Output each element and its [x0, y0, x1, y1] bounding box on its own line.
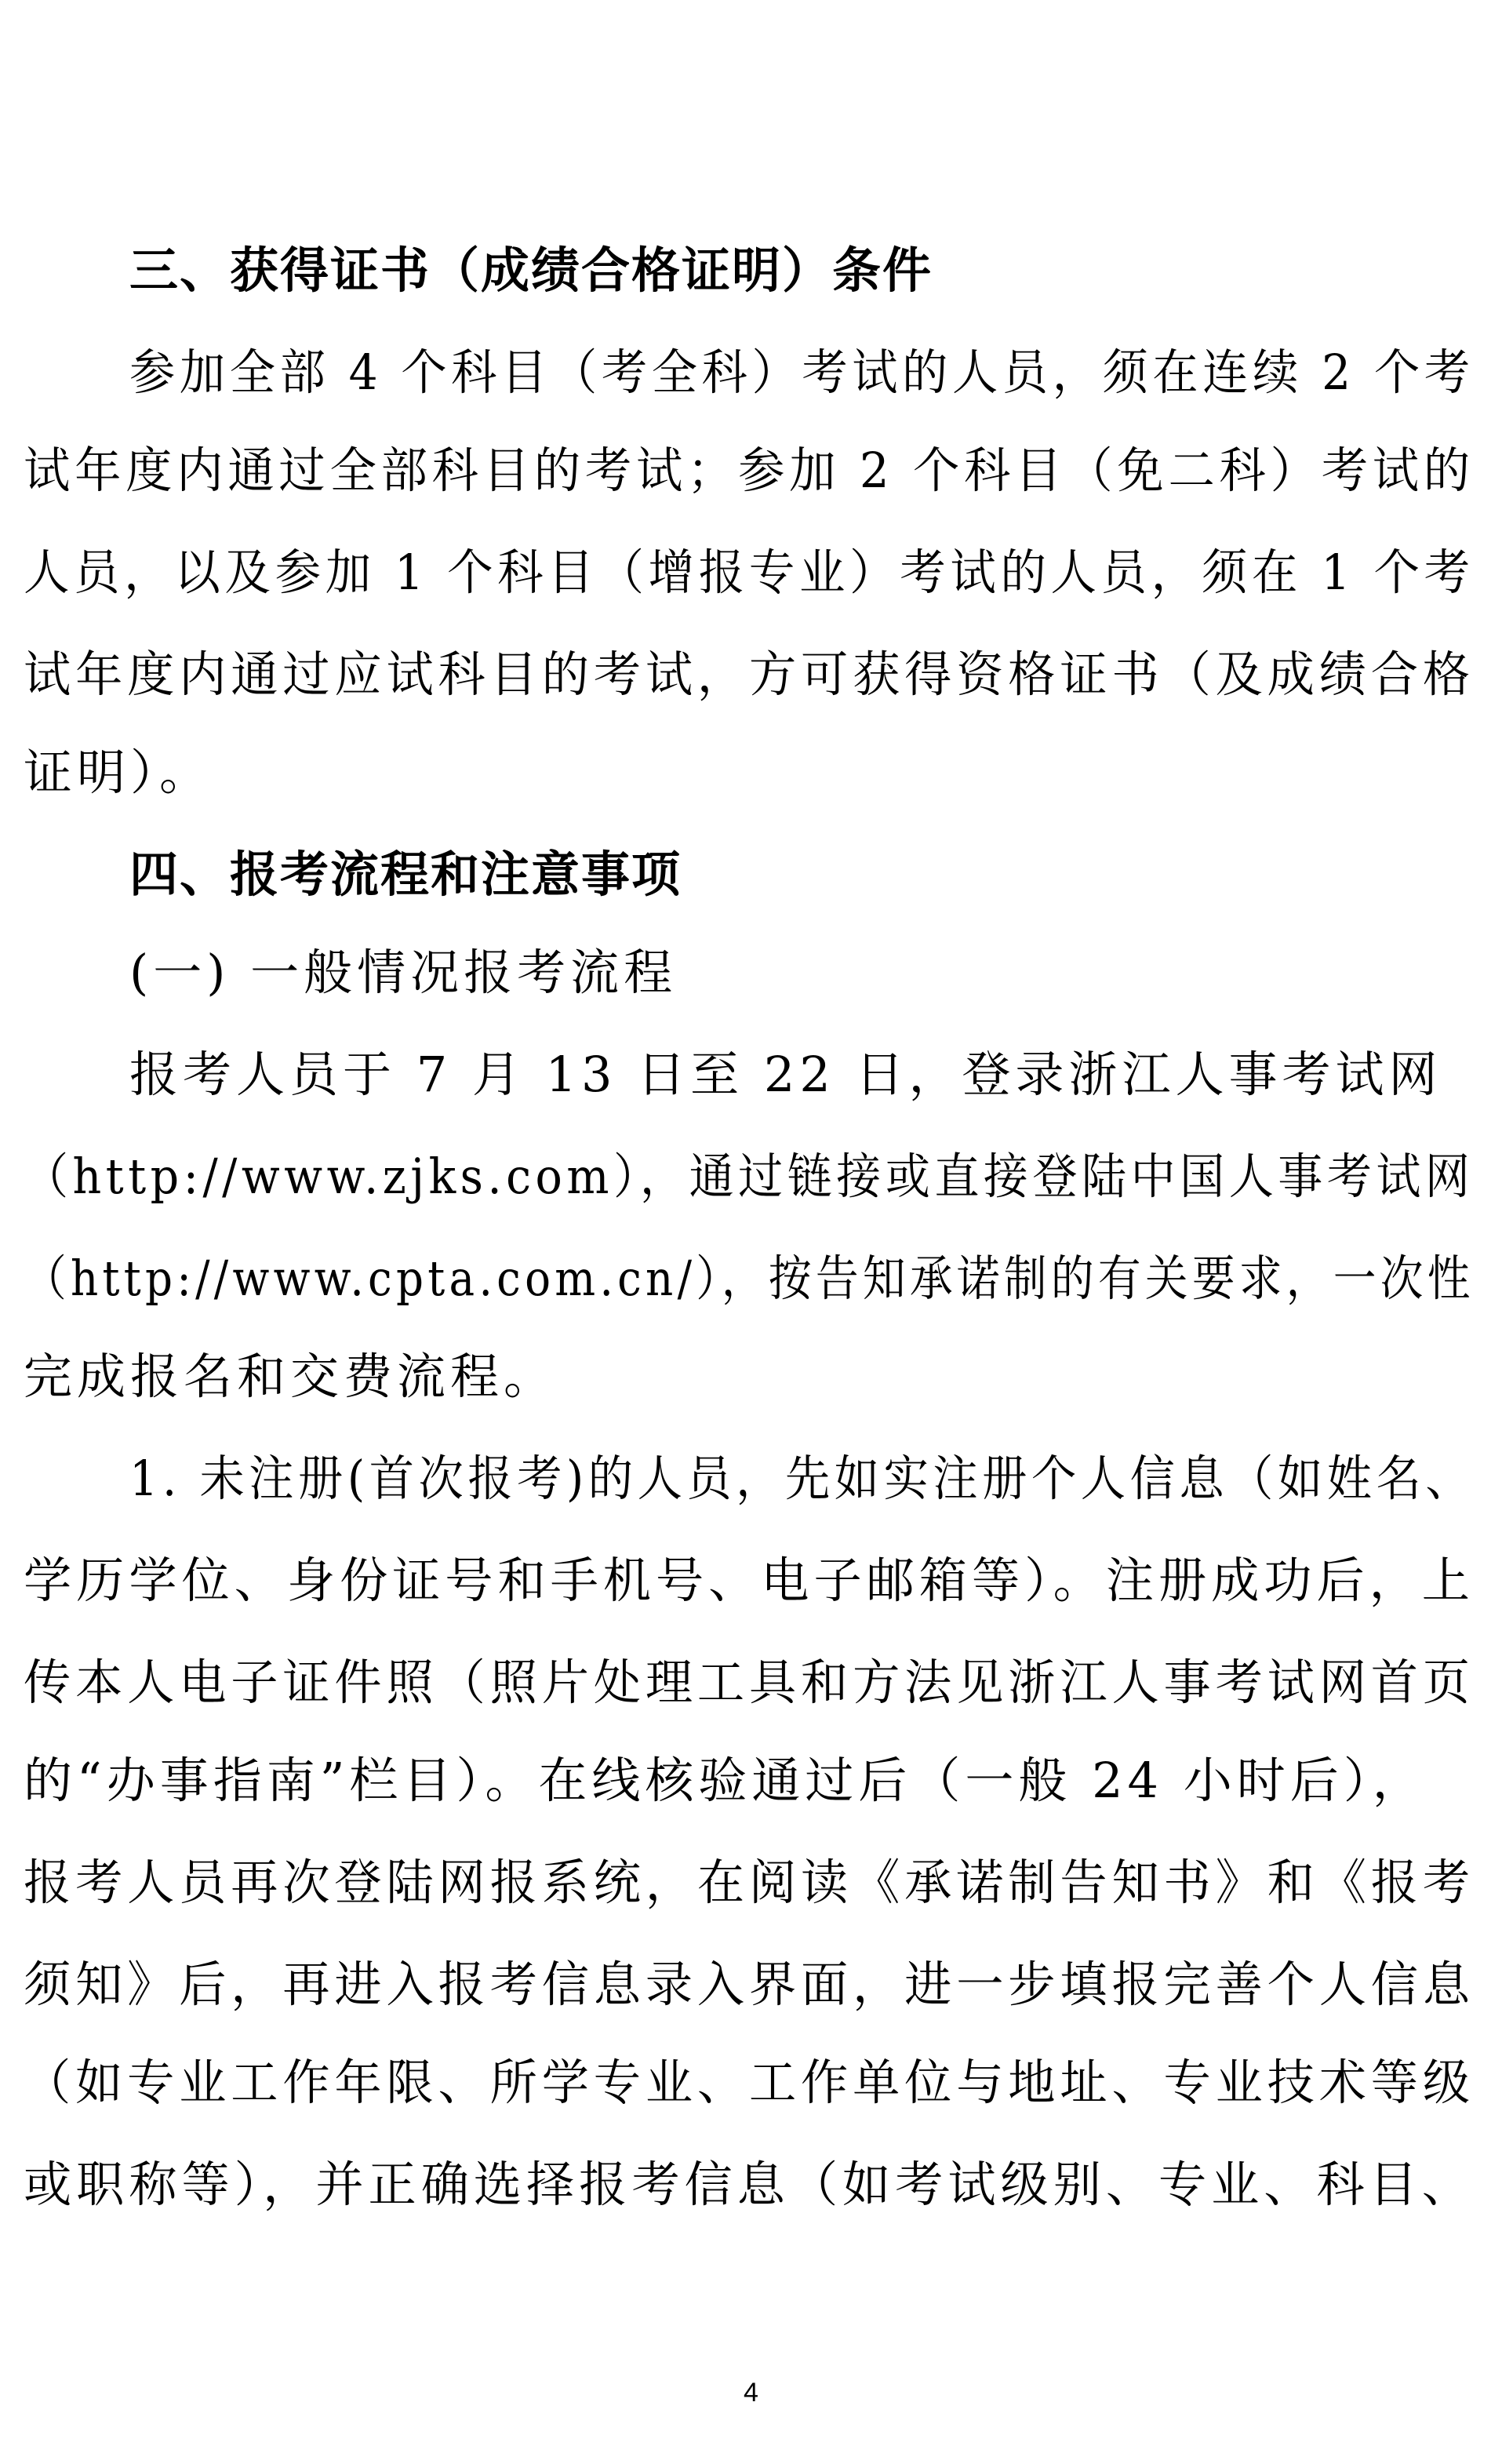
- paragraph-line: 试年度内通过应试科目的考试，方可获得资格证书（及成绩合格: [24, 631, 1475, 718]
- paragraph-line: 1. 未注册(首次报考)的人员，先如实注册个人信息（如姓名、: [129, 1436, 1475, 1522]
- page-number: 4: [0, 2377, 1502, 2408]
- paragraph-line: 报考人员再次登陆网报系统，在阅读《承诺制告知书》和《报考: [24, 1840, 1475, 1926]
- paragraph-line: 或职称等），并正确选择报考信息（如考试级别、专业、科目、: [24, 2142, 1475, 2228]
- paragraph-line: 人员，以及参加 1 个科目（增报专业）考试的人员，须在 1 个考: [24, 530, 1475, 616]
- paragraph-line: 参加全部 4 个科目（考全科）考试的人员，须在连续 2 个考: [129, 329, 1475, 416]
- paragraph-line: 完成报名和交费流程。: [24, 1334, 1475, 1420]
- paragraph-line: 的“办事指南”栏目）。在线核验通过后（一般 24 小时后），: [24, 1738, 1475, 1824]
- paragraph-line: 报考人员于 7 月 13 日至 22 日，登录浙江人事考试网: [129, 1032, 1475, 1118]
- paragraph-line: 学历学位、身份证号和手机号、电子邮箱等）。注册成功后，上: [24, 1538, 1475, 1624]
- paragraph-line-cpta-link: （http://www.cpta.com.cn/），按告知承诺制的有关要求，一次…: [24, 1236, 1475, 1322]
- document-page: 三、获得证书（成绩合格证明）条件 参加全部 4 个科目（考全科）考试的人员，须在…: [0, 0, 1502, 2464]
- paragraph-line: 须知》后，再进入报考信息录入界面，进一步填报完善个人信息: [24, 1942, 1475, 2028]
- subsection-heading-1: (一) 一般情况报考流程: [129, 930, 1475, 1016]
- section-heading-4: 四、报考流程和注意事项: [129, 832, 1475, 918]
- paragraph-line: 证明）。: [24, 730, 1475, 816]
- paragraph-line-zjks-link: （http://www.zjks.com），通过链接或直接登陆中国人事考试网: [24, 1134, 1475, 1220]
- paragraph-line: （如专业工作年限、所学专业、工作单位与地址、专业技术等级: [24, 2040, 1475, 2126]
- section-heading-3: 三、获得证书（成绩合格证明）条件: [129, 227, 1475, 314]
- paragraph-line: 传本人电子证件照（照片处理工具和方法见浙江人事考试网首页: [24, 1640, 1475, 1726]
- paragraph-line: 试年度内通过全部科目的考试；参加 2 个科目（免二科）考试的: [24, 428, 1475, 514]
